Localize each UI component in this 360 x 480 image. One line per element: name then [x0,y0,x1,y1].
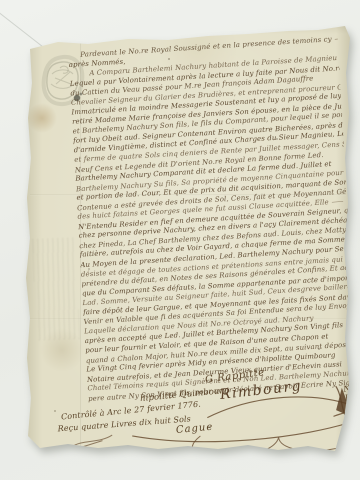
notary-title-line1: Nore [343,382,360,394]
paper-shadow-wrap: Pardevant le No.re Royal Soussigné et en… [0,0,360,480]
handwritten-text-block: Pardevant le No.re Royal Soussigné et en… [68,35,360,454]
ink-bleedthrough [32,237,80,340]
paper-specks [18,18,20,20]
notary-title: Nore Roial [343,381,360,402]
manuscript-paper: Pardevant le No.re Royal Soussigné et en… [18,18,352,462]
control-flourish [68,432,129,449]
photo-background: Pardevant le No.re Royal Soussigné et en… [0,0,360,480]
